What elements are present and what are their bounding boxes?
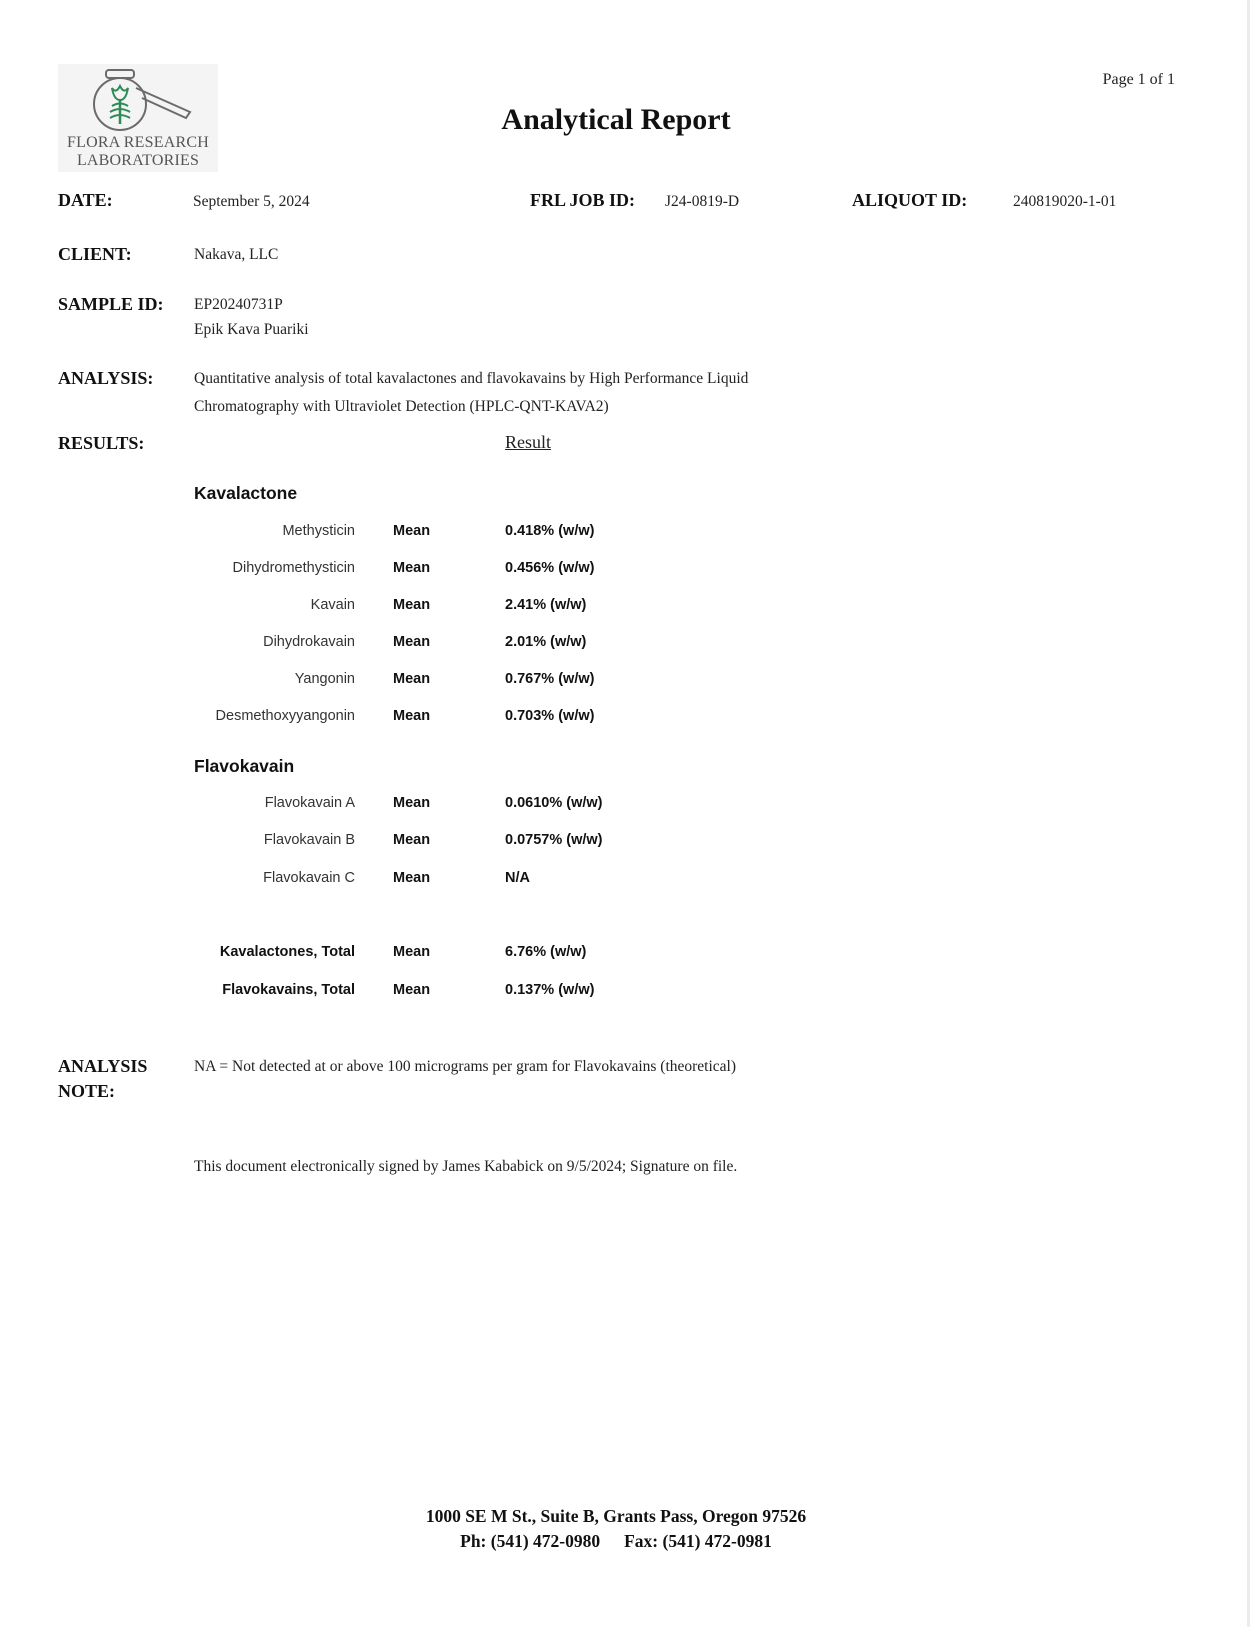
statistic-label: Mean	[393, 832, 430, 848]
date-label: DATE:	[58, 190, 113, 211]
result-row: DihydromethysticinMean0.456% (w/w)	[0, 560, 700, 582]
aliquot-id-value: 240819020-1-01	[1013, 193, 1116, 211]
statistic-label: Mean	[393, 560, 430, 576]
client-value: Nakava, LLC	[194, 246, 278, 264]
compound-name: Desmethoxyyangonin	[216, 708, 355, 724]
group-title-flavokavain: Flavokavain	[194, 756, 294, 777]
page-indicator: Page 1 of 1	[1103, 71, 1175, 89]
signature-statement: This document electronically signed by J…	[194, 1158, 737, 1176]
result-row: DesmethoxyyangoninMean0.703% (w/w)	[0, 708, 700, 730]
sample-id-value: EP20240731P	[194, 296, 283, 314]
report-title: Analytical Report	[0, 103, 1232, 137]
sample-name-value: Epik Kava Puariki	[194, 321, 309, 339]
compound-name: Dihydromethysticin	[233, 560, 356, 576]
statistic-label: Mean	[393, 671, 430, 687]
compound-name: Kavalactones, Total	[220, 944, 355, 960]
result-value: 0.418% (w/w)	[505, 523, 594, 539]
compound-name: Flavokavain B	[264, 832, 355, 848]
result-value: 0.0610% (w/w)	[505, 795, 603, 811]
result-row: KavainMean2.41% (w/w)	[0, 597, 700, 619]
result-value: 0.767% (w/w)	[505, 671, 594, 687]
result-column-header: Result	[505, 432, 551, 453]
result-value: 0.137% (w/w)	[505, 982, 594, 998]
aliquot-id-label: ALIQUOT ID:	[852, 190, 967, 211]
statistic-label: Mean	[393, 982, 430, 998]
client-label: CLIENT:	[58, 244, 132, 265]
footer-address: 1000 SE M St., Suite B, Grants Pass, Ore…	[0, 1506, 1232, 1527]
result-value: 2.41% (w/w)	[505, 597, 586, 613]
analysis-note-label-2: NOTE:	[58, 1081, 115, 1102]
analysis-line-1: Quantitative analysis of total kavalacto…	[194, 370, 748, 388]
footer-phone: Ph: (541) 472-0980	[460, 1531, 600, 1551]
result-row: Flavokavain CMeanN/A	[0, 870, 700, 892]
result-row: Flavokavain BMean0.0757% (w/w)	[0, 832, 700, 854]
logo-line-2: LABORATORIES	[58, 152, 218, 170]
result-row: DihydrokavainMean2.01% (w/w)	[0, 634, 700, 656]
date-value: September 5, 2024	[193, 193, 310, 211]
statistic-label: Mean	[393, 870, 430, 886]
result-row: Flavokavain AMean0.0610% (w/w)	[0, 795, 700, 817]
result-value: 2.01% (w/w)	[505, 634, 586, 650]
compound-name: Flavokavains, Total	[222, 982, 355, 998]
compound-name: Flavokavain A	[265, 795, 355, 811]
statistic-label: Mean	[393, 523, 430, 539]
result-value: 0.0757% (w/w)	[505, 832, 603, 848]
results-label: RESULTS:	[58, 433, 144, 454]
statistic-label: Mean	[393, 795, 430, 811]
analysis-note-text: NA = Not detected at or above 100 microg…	[194, 1058, 736, 1076]
footer-contact: Ph: (541) 472-0980Fax: (541) 472-0981	[0, 1531, 1232, 1552]
footer-fax: Fax: (541) 472-0981	[624, 1531, 772, 1551]
result-row: Kavalactones, TotalMean6.76% (w/w)	[0, 944, 700, 966]
job-id-value: J24-0819-D	[665, 193, 739, 211]
result-row: Flavokavains, TotalMean0.137% (w/w)	[0, 982, 700, 1004]
group-title-kavalactone: Kavalactone	[194, 483, 297, 504]
result-value: 6.76% (w/w)	[505, 944, 586, 960]
result-value: N/A	[505, 870, 530, 886]
compound-name: Kavain	[311, 597, 355, 613]
analysis-label: ANALYSIS:	[58, 368, 153, 389]
statistic-label: Mean	[393, 708, 430, 724]
statistic-label: Mean	[393, 634, 430, 650]
compound-name: Flavokavain C	[263, 870, 355, 886]
analysis-line-2: Chromatography with Ultraviolet Detectio…	[194, 398, 609, 416]
result-value: 0.703% (w/w)	[505, 708, 594, 724]
compound-name: Methysticin	[282, 523, 355, 539]
compound-name: Dihydrokavain	[263, 634, 355, 650]
sample-id-label: SAMPLE ID:	[58, 294, 164, 315]
result-value: 0.456% (w/w)	[505, 560, 594, 576]
analysis-note-label-1: ANALYSIS	[58, 1056, 147, 1077]
statistic-label: Mean	[393, 944, 430, 960]
compound-name: Yangonin	[295, 671, 355, 687]
result-row: MethysticinMean0.418% (w/w)	[0, 523, 700, 545]
job-id-label: FRL JOB ID:	[530, 190, 635, 211]
result-row: YangoninMean0.767% (w/w)	[0, 671, 700, 693]
statistic-label: Mean	[393, 597, 430, 613]
